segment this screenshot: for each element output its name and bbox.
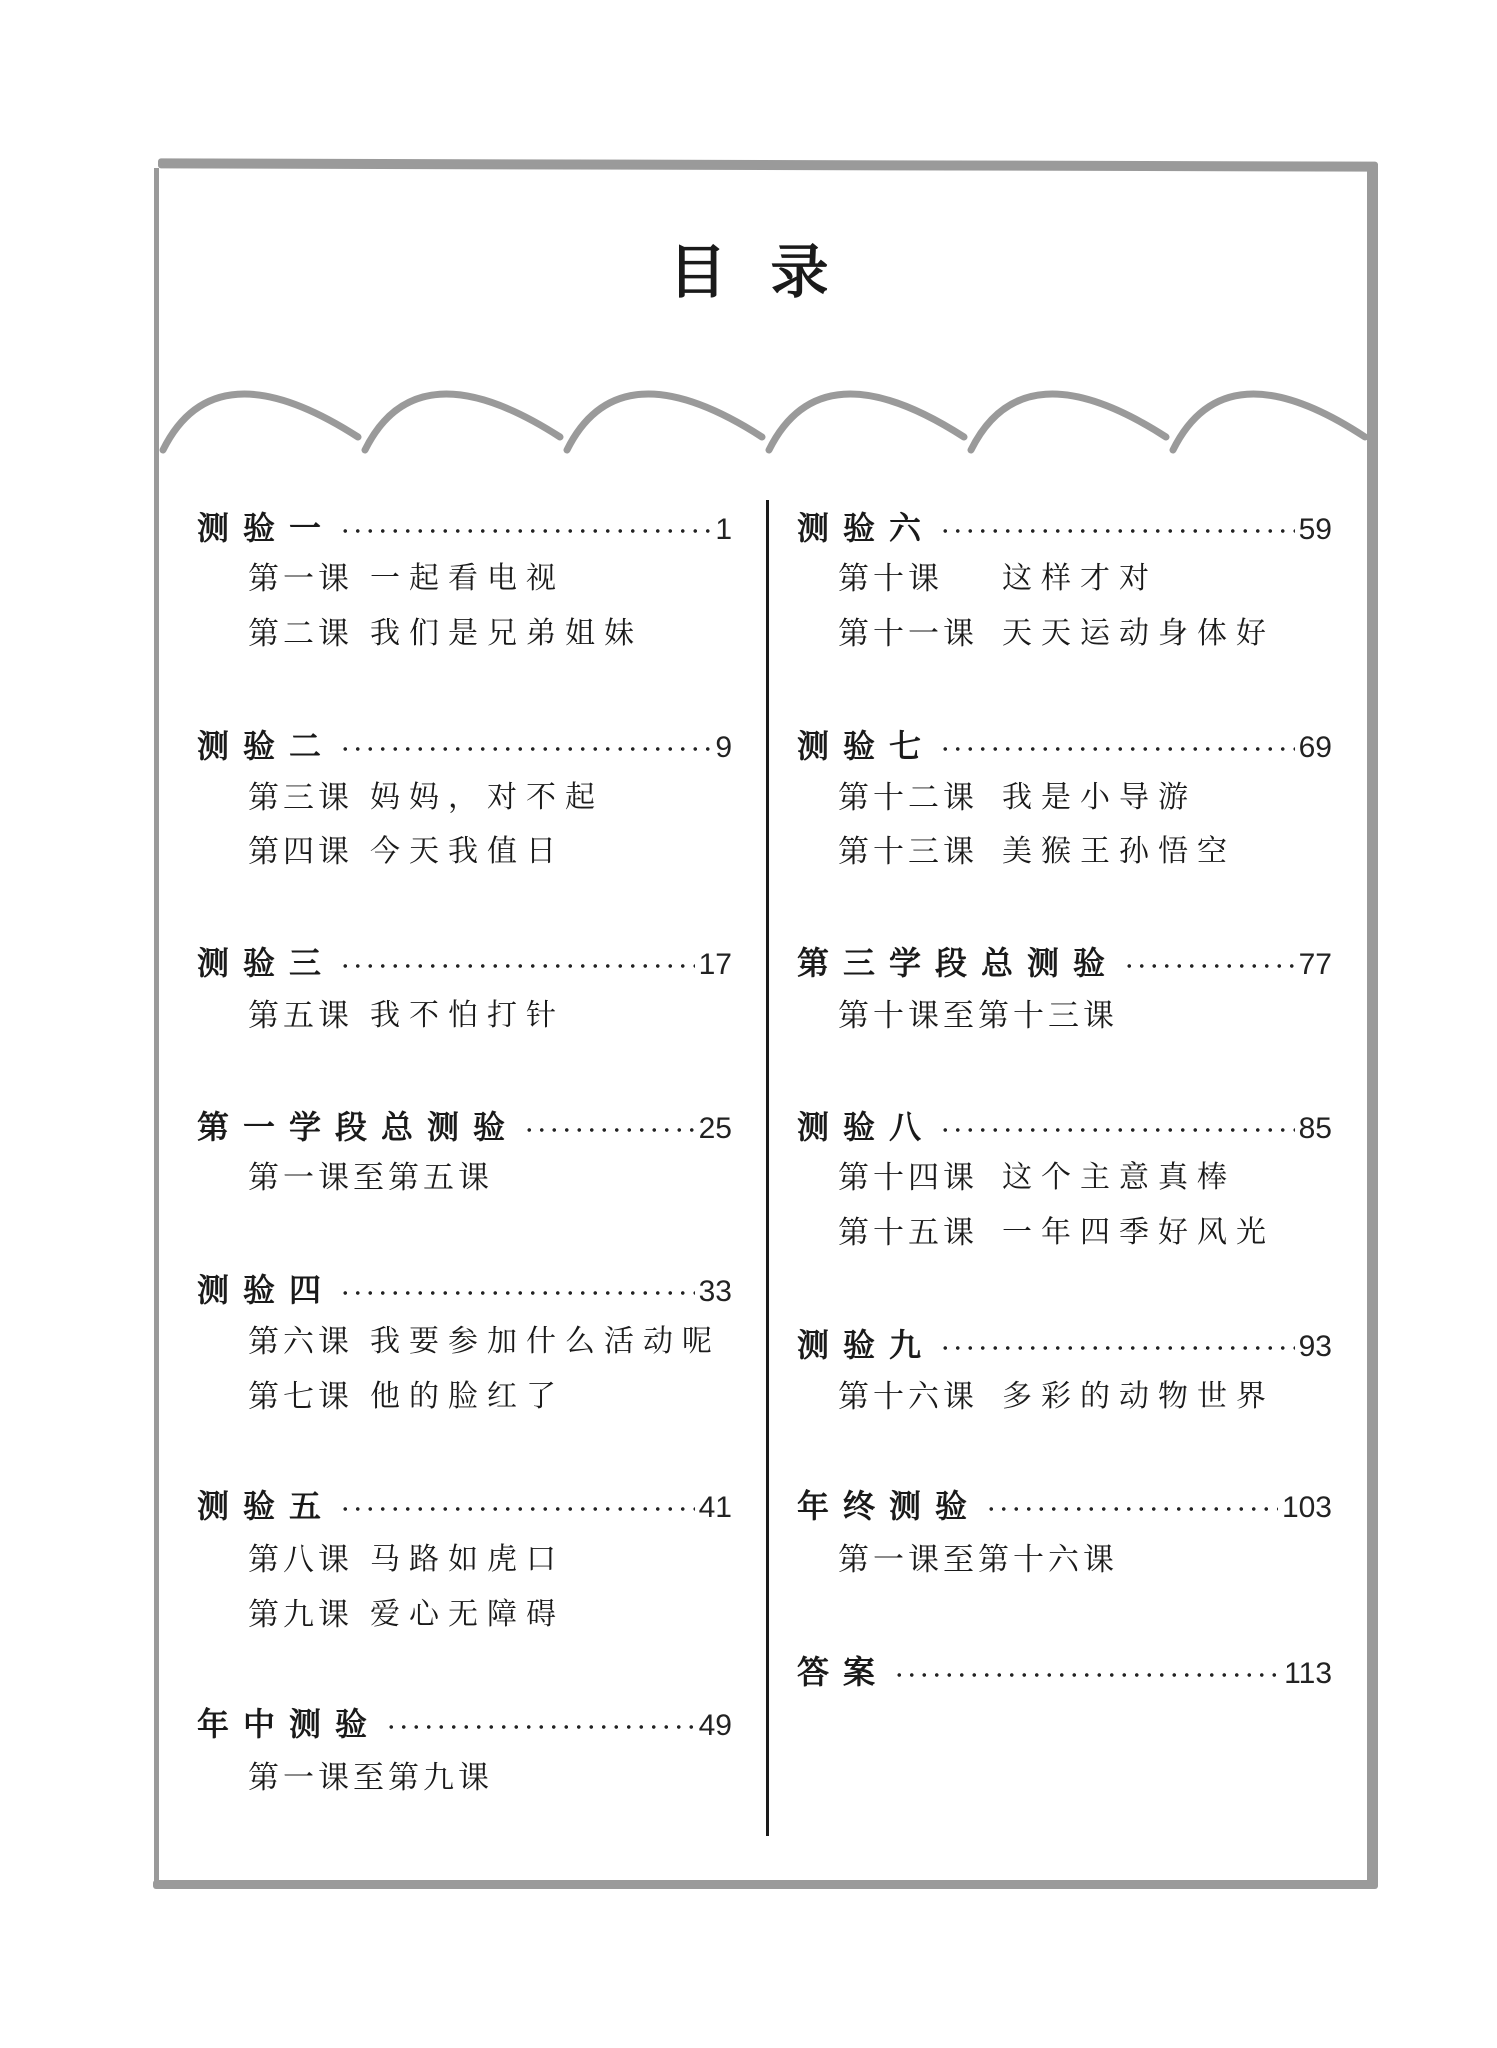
section-title: 测验七 — [797, 721, 935, 767]
lesson-number: 第三课 — [248, 772, 353, 817]
lesson-title: 一起看电视 — [370, 553, 565, 597]
lesson-title: 多彩的动物世界 — [1002, 1371, 1275, 1415]
section-title: 测验八 — [797, 1102, 935, 1148]
lesson-number: 第五课 — [248, 990, 353, 1035]
lesson-number: 第二课 — [248, 608, 353, 653]
section-title: 第一学段总测验 — [197, 1102, 519, 1148]
page-number: 9 — [715, 731, 732, 765]
section-title: 年终测验 — [797, 1481, 981, 1527]
lesson-title: 马路如虎口 — [370, 1534, 565, 1578]
lesson-number: 第七课 — [248, 1371, 353, 1416]
page-number: 1 — [715, 513, 732, 547]
toc-section-entry[interactable]: 测验二9 — [197, 721, 732, 757]
lesson-number: 第十六课 — [838, 1371, 978, 1416]
lesson-number: 第八课 — [248, 1534, 353, 1579]
page-number: 59 — [1299, 513, 1332, 547]
page-title: 目录 — [0, 236, 1497, 308]
section-title: 测验一 — [197, 503, 335, 549]
toc-section-entry[interactable]: 年中测验49 — [197, 1699, 732, 1735]
lesson-number: 第十二课 — [838, 772, 978, 817]
section-title: 测验三 — [197, 938, 335, 984]
toc-lesson-entry[interactable]: 第十课这样才对 — [838, 557, 1332, 593]
lesson-number: 第六课 — [248, 1316, 353, 1361]
lesson-title: 这样才对 — [1002, 553, 1158, 597]
toc-section-entry[interactable]: 第一学段总测验25 — [197, 1102, 732, 1138]
dot-leader — [339, 1291, 695, 1295]
section-title: 测验五 — [197, 1481, 335, 1527]
toc-section-entry[interactable]: 测验八85 — [797, 1102, 1332, 1138]
toc-section-entry[interactable]: 年终测验103 — [797, 1481, 1332, 1517]
toc-lesson-entry[interactable]: 第十二课我是小导游 — [838, 776, 1332, 812]
lesson-number: 第十课 — [838, 553, 943, 598]
frame-border-top — [158, 158, 1378, 171]
toc-section-entry[interactable]: 测验六59 — [797, 503, 1332, 539]
toc-lesson-entry[interactable]: 第十六课多彩的动物世界 — [838, 1375, 1332, 1411]
dot-leader — [339, 1507, 695, 1511]
section-title: 答案 — [797, 1647, 889, 1693]
dot-leader — [939, 1346, 1295, 1350]
page-number: 113 — [1284, 1657, 1332, 1691]
dot-leader — [339, 529, 711, 533]
page-number: 77 — [1299, 948, 1332, 982]
page-number: 25 — [699, 1112, 732, 1146]
page-number: 17 — [699, 948, 732, 982]
toc-lesson-entry[interactable]: 第四课今天我值日 — [248, 830, 732, 866]
lesson-number: 第一课至第五课 — [248, 1152, 493, 1197]
page-number: 103 — [1282, 1491, 1332, 1525]
dot-leader — [985, 1507, 1278, 1511]
toc-lesson-entry[interactable]: 第七课他的脸红了 — [248, 1375, 732, 1411]
lesson-number: 第十课至第十三课 — [838, 990, 1118, 1035]
toc-lesson-entry[interactable]: 第八课马路如虎口 — [248, 1538, 732, 1574]
lesson-title: 今天我值日 — [370, 826, 565, 870]
lesson-title: 我们是兄弟姐妹 — [370, 608, 643, 652]
toc-lesson-entry[interactable]: 第十课至第十三课 — [838, 994, 1332, 1030]
section-title: 年中测验 — [197, 1699, 381, 1745]
dot-leader — [523, 1128, 695, 1132]
lesson-title: 我要参加什么活动呢 — [370, 1316, 721, 1360]
toc-section-entry[interactable]: 第三学段总测验77 — [797, 938, 1332, 974]
lesson-number: 第十五课 — [838, 1207, 978, 1252]
toc-lesson-entry[interactable]: 第一课至第十六课 — [838, 1538, 1332, 1574]
toc-section-entry[interactable]: 答案113 — [797, 1647, 1332, 1683]
section-title: 测验二 — [197, 721, 335, 767]
toc-section-entry[interactable]: 测验七69 — [797, 721, 1332, 757]
toc-lesson-entry[interactable]: 第三课妈妈，对不起 — [248, 776, 732, 812]
toc-lesson-entry[interactable]: 第一课至第五课 — [248, 1156, 732, 1192]
toc-section-entry[interactable]: 测验三17 — [197, 938, 732, 974]
toc-section-entry[interactable]: 测验四33 — [197, 1265, 732, 1301]
dot-leader — [939, 1128, 1295, 1132]
page-number: 93 — [1299, 1330, 1332, 1364]
section-title: 测验四 — [197, 1265, 335, 1311]
lesson-title: 爱心无障碍 — [370, 1589, 565, 1633]
dot-leader — [339, 747, 711, 751]
lesson-number: 第一课至第九课 — [248, 1752, 493, 1797]
lesson-title: 他的脸红了 — [370, 1371, 565, 1415]
page-number: 69 — [1299, 731, 1332, 765]
scallop-decoration — [155, 365, 1370, 455]
dot-leader — [939, 529, 1295, 533]
lesson-number: 第一课至第十六课 — [838, 1534, 1118, 1579]
lesson-title: 美猴王孙悟空 — [1002, 826, 1236, 870]
page-number: 33 — [699, 1275, 732, 1309]
section-title: 测验九 — [797, 1320, 935, 1366]
lesson-number: 第十四课 — [838, 1152, 978, 1197]
toc-lesson-entry[interactable]: 第十四课这个主意真棒 — [838, 1156, 1332, 1192]
toc-section-entry[interactable]: 测验五41 — [197, 1481, 732, 1517]
toc-lesson-entry[interactable]: 第十五课一年四季好风光 — [838, 1211, 1332, 1247]
toc-section-entry[interactable]: 测验九93 — [797, 1320, 1332, 1356]
toc-lesson-entry[interactable]: 第二课我们是兄弟姐妹 — [248, 612, 732, 648]
dot-leader — [339, 964, 695, 968]
lesson-number: 第一课 — [248, 553, 353, 598]
page-number: 41 — [699, 1491, 732, 1525]
lesson-number: 第九课 — [248, 1589, 353, 1634]
lesson-number: 第四课 — [248, 826, 353, 871]
page-number: 49 — [699, 1709, 732, 1743]
toc-lesson-entry[interactable]: 第五课我不怕打针 — [248, 994, 732, 1030]
toc-lesson-entry[interactable]: 第十三课美猴王孙悟空 — [838, 830, 1332, 866]
lesson-number: 第十三课 — [838, 826, 978, 871]
toc-lesson-entry[interactable]: 第六课我要参加什么活动呢 — [248, 1320, 732, 1356]
lesson-title: 这个主意真棒 — [1002, 1152, 1236, 1196]
lesson-title: 天天运动身体好 — [1002, 608, 1275, 652]
lesson-title: 一年四季好风光 — [1002, 1207, 1275, 1251]
lesson-title: 我不怕打针 — [370, 990, 565, 1034]
column-divider — [766, 500, 769, 1836]
section-title: 第三学段总测验 — [797, 938, 1119, 984]
dot-leader — [893, 1673, 1280, 1677]
dot-leader — [385, 1725, 695, 1729]
lesson-title: 我是小导游 — [1002, 772, 1197, 816]
page-number: 85 — [1299, 1112, 1332, 1146]
dot-leader — [1123, 964, 1295, 968]
toc-section-entry[interactable]: 测验一1 — [197, 503, 732, 539]
toc-lesson-entry[interactable]: 第十一课天天运动身体好 — [838, 612, 1332, 648]
dot-leader — [939, 747, 1295, 751]
toc-lesson-entry[interactable]: 第一课一起看电视 — [248, 557, 732, 593]
lesson-title: 妈妈，对不起 — [370, 772, 604, 816]
frame-border-bottom — [153, 1880, 1378, 1889]
toc-lesson-entry[interactable]: 第九课爱心无障碍 — [248, 1593, 732, 1629]
section-title: 测验六 — [797, 503, 935, 549]
lesson-number: 第十一课 — [838, 608, 978, 653]
toc-lesson-entry[interactable]: 第一课至第九课 — [248, 1756, 732, 1792]
